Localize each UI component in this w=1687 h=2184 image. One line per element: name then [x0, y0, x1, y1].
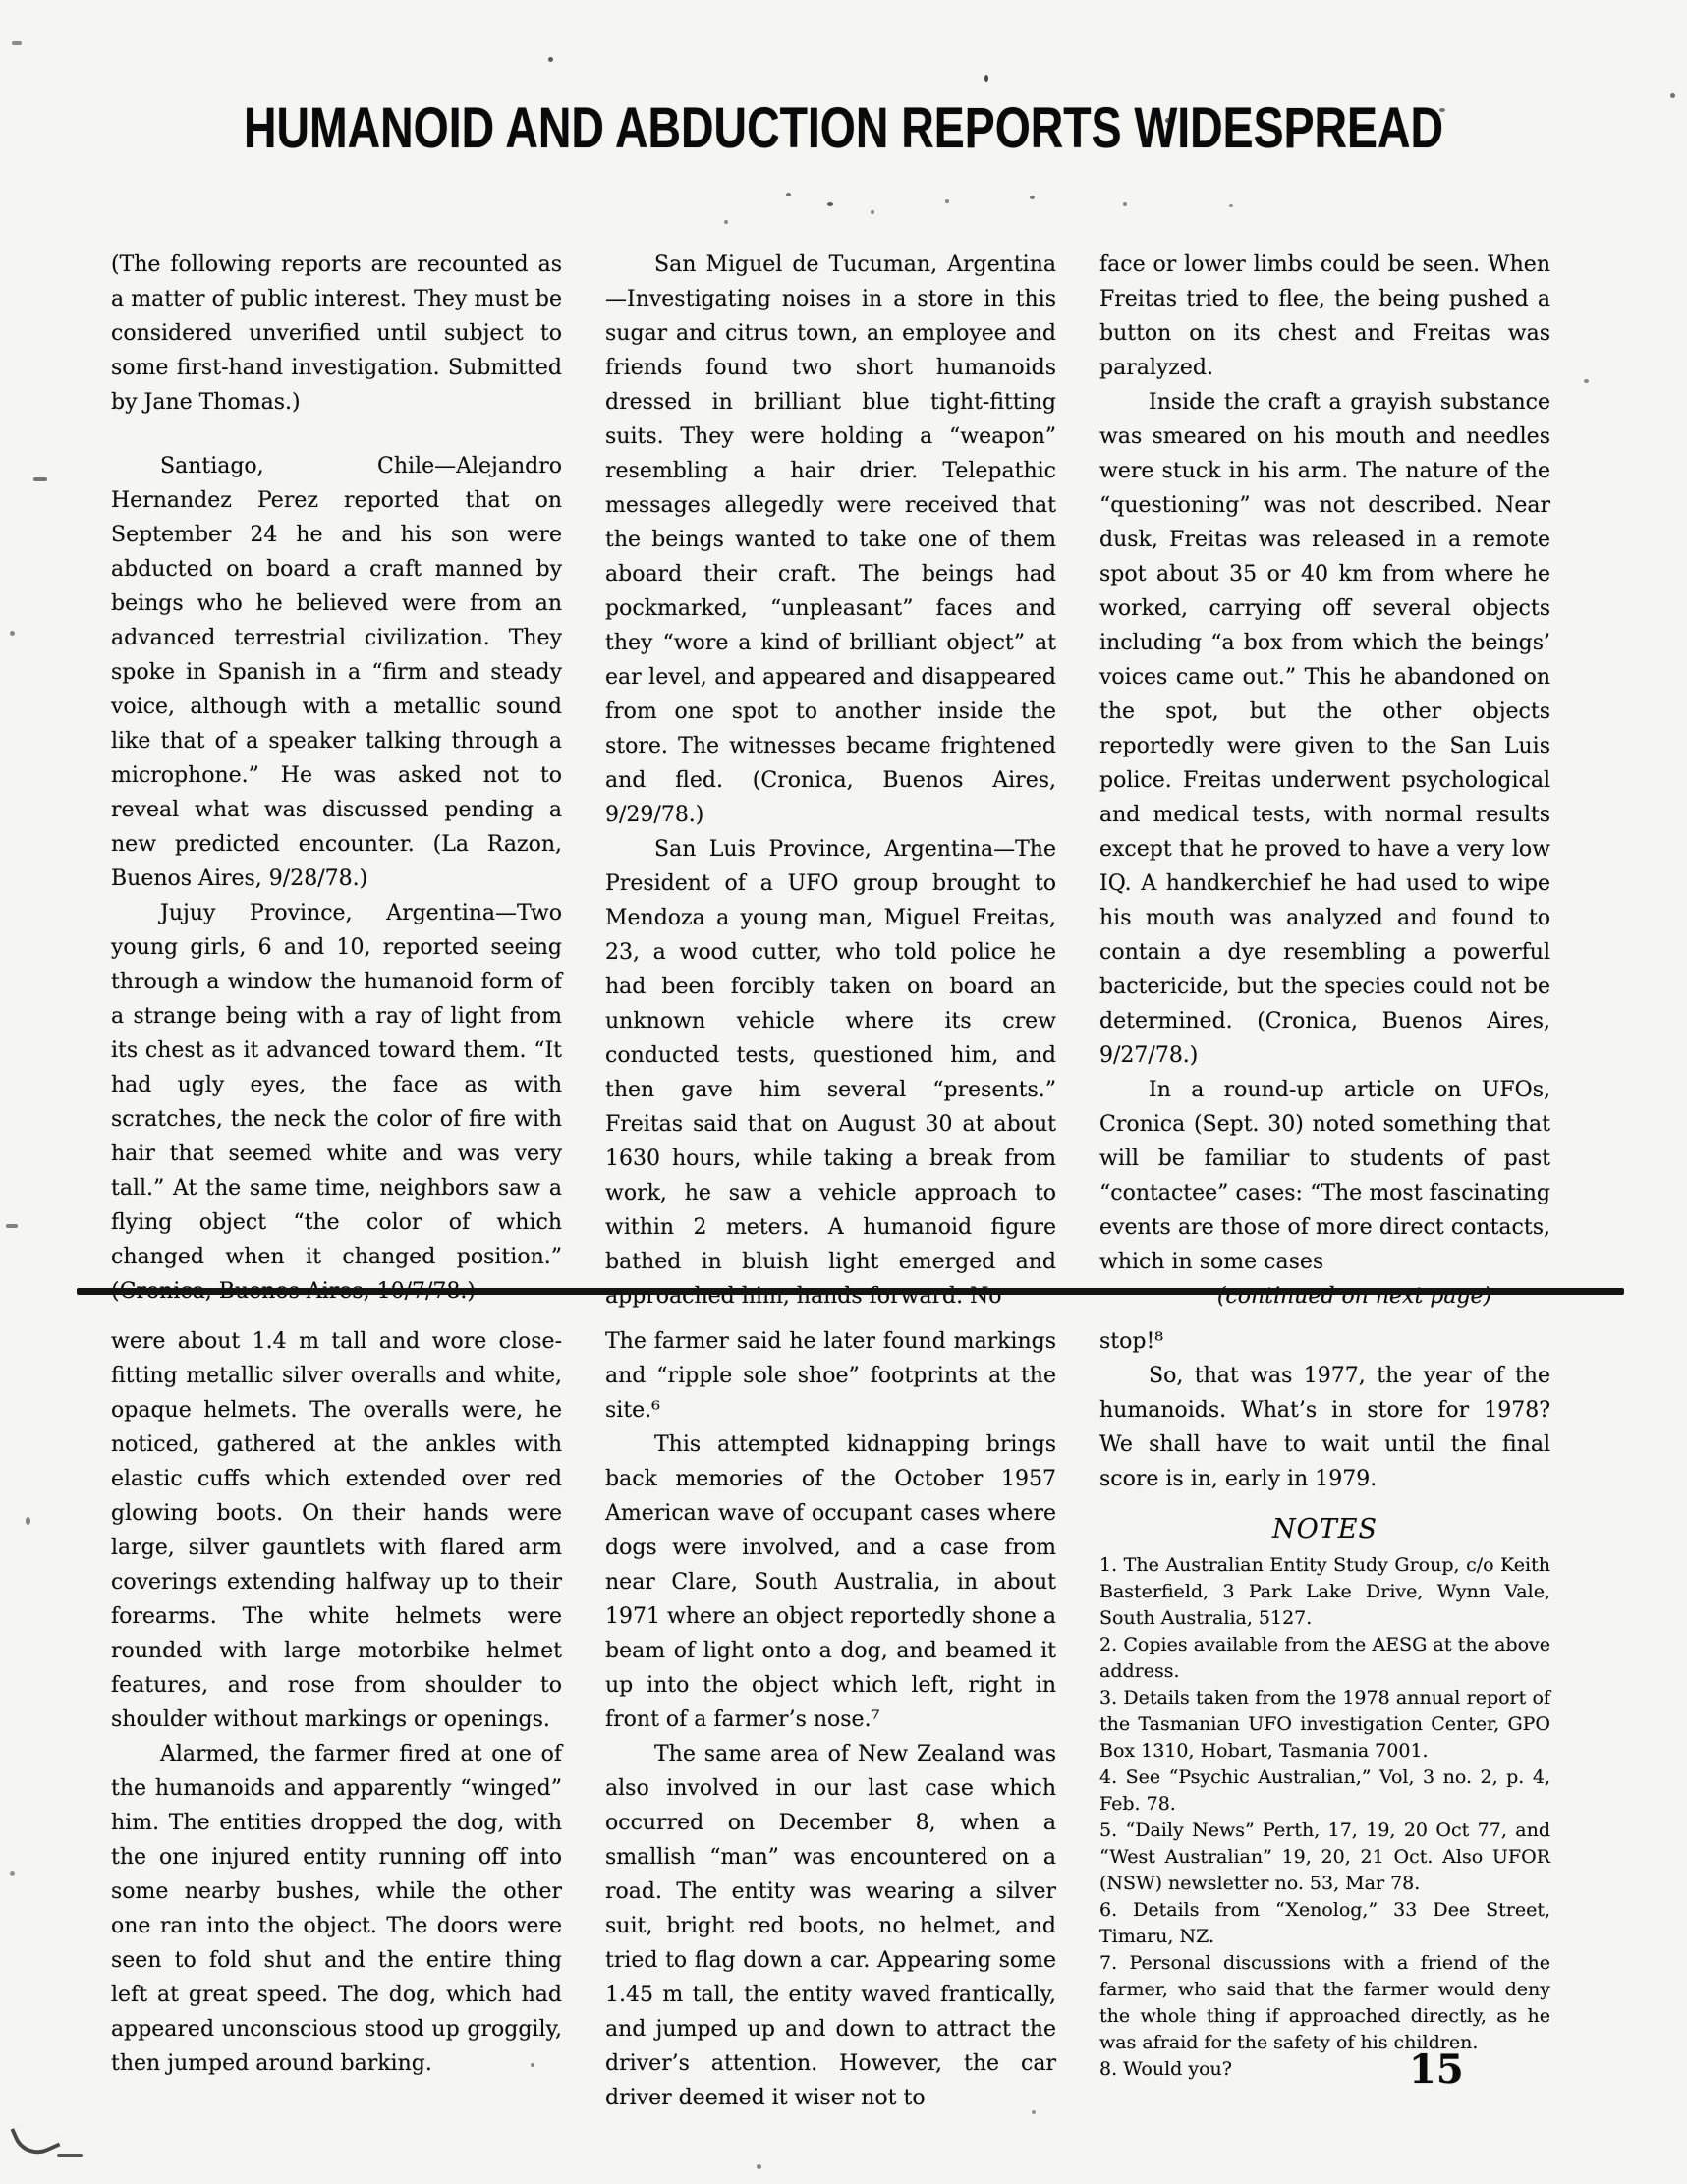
note-item-6: 6. Details from “Xenolog,” 33 Dee Street… [1099, 1897, 1550, 1950]
santiago-chile-report: Santiago, Chile—Alejandro Hernandez Pere… [111, 449, 562, 896]
scan-speckle [1670, 93, 1675, 98]
scan-speckle [945, 199, 949, 203]
section-divider-rule [77, 1288, 1624, 1295]
scan-speckle [984, 75, 988, 82]
san-luis-province-report: San Luis Province, Argentina—The Preside… [605, 832, 1056, 1314]
san-luis-report-continuation: face or lower limbs could be seen. When … [1099, 248, 1550, 385]
scan-mark [12, 41, 22, 45]
bottom-column-3: stop!⁸ So, that was 1977, the year of th… [1099, 1324, 1550, 2115]
scanned-newsletter-page: HUMANOID AND ABDUCTION REPORTS WIDESPREA… [0, 0, 1687, 2184]
new-zealand-case-paragraph: The same area of New Zealand was also in… [605, 1737, 1056, 2115]
bottom-column-2: The farmer said he later found markings … [605, 1324, 1056, 2115]
top-column-1: (The following reports are recounted as … [111, 248, 562, 1279]
handwritten-mark [10, 2113, 60, 2161]
note-item-5: 5. “Daily News” Perth, 17, 19, 20 Oct 77… [1099, 1818, 1550, 1897]
scan-speckle [786, 193, 791, 196]
kidnapping-memories-paragraph: This attempted kidnapping brings back me… [605, 1428, 1056, 1737]
roundup-article-paragraph: In a round-up article on UFOs, Cronica (… [1099, 1073, 1550, 1279]
scan-speckle [1165, 118, 1170, 123]
scan-mark [6, 1224, 18, 1228]
editor-note-paragraph: (The following reports are recounted as … [111, 248, 562, 420]
notes-heading: NOTES [1099, 1514, 1550, 1544]
scan-speckle [1439, 108, 1445, 112]
scan-mark [33, 477, 47, 481]
scan-speckle [26, 1517, 30, 1525]
note-item-3: 3. Details taken from the 1978 annual re… [1099, 1685, 1550, 1764]
top-column-2: San Miguel de Tucuman, Argentina—Investi… [605, 248, 1056, 1279]
scan-speckle [724, 220, 728, 224]
note-item-2: 2. Copies available from the AESG at the… [1099, 1632, 1550, 1685]
note-item-7: 7. Personal discussions with a friend of… [1099, 1950, 1550, 2056]
note-item-4: 4. See “Psychic Australian,” Vol, 3 no. … [1099, 1764, 1550, 1818]
scan-speckle [531, 2063, 534, 2067]
scan-speckle [1123, 202, 1127, 206]
farmer-fired-paragraph: Alarmed, the farmer fired at one of the … [111, 1737, 562, 2081]
bottom-column-1: were about 1.4 m tall and wore close-fit… [111, 1324, 562, 2115]
scan-speckle [10, 1871, 15, 1876]
year-summary-paragraph: So, that was 1977, the year of the human… [1099, 1359, 1550, 1496]
note-item-1: 1. The Australian Entity Study Group, c/… [1099, 1552, 1550, 1632]
scan-speckle [1030, 196, 1035, 199]
scan-speckle [1584, 379, 1589, 383]
note-item-8: 8. Would you? [1099, 2056, 1550, 2083]
top-section: (The following reports are recounted as … [111, 248, 1551, 1279]
bottom-section: were about 1.4 m tall and wore close-fit… [111, 1324, 1551, 2115]
page-number: 15 [1409, 2046, 1464, 2093]
scan-speckle [10, 631, 15, 636]
stop-line: stop!⁸ [1099, 1324, 1550, 1359]
jujuy-province-report: Jujuy Province, Argentina—Two young girl… [111, 896, 562, 1309]
scan-speckle [871, 210, 874, 214]
scan-speckle [757, 2164, 761, 2169]
handwritten-mark-tail [57, 2154, 83, 2157]
page-title: HUMANOID AND ABDUCTION REPORTS WIDESPREA… [169, 96, 1519, 162]
san-miguel-tucuman-report: San Miguel de Tucuman, Argentina—Investi… [605, 248, 1056, 832]
scan-speckle [1032, 2110, 1036, 2114]
scan-speckle [548, 57, 553, 62]
humanoid-description-paragraph: were about 1.4 m tall and wore close-fit… [111, 1324, 562, 1737]
scan-speckle [1229, 204, 1233, 207]
scan-speckle [827, 202, 833, 206]
footprints-paragraph: The farmer said he later found markings … [605, 1324, 1056, 1428]
continued-next-page-note: (continued on next page) [1099, 1279, 1550, 1314]
inside-craft-paragraph: Inside the craft a grayish substance was… [1099, 385, 1550, 1073]
top-column-3: face or lower limbs could be seen. When … [1099, 248, 1550, 1279]
